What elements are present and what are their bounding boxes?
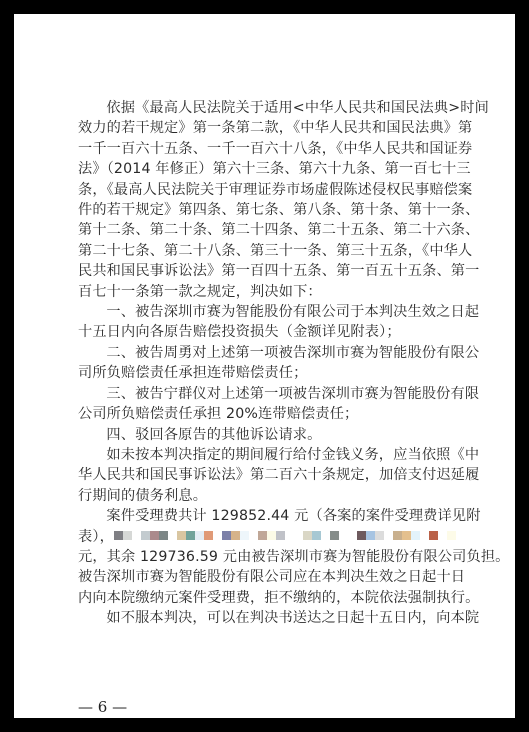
text-line: 华人民共和国民事诉讼法》第二百六十条规定，加倍支付迟延履 bbox=[78, 465, 456, 485]
redaction-mosaic-tile bbox=[411, 531, 420, 540]
text-line: 被告深圳市赛为智能股份有限公司应在本判决生效之日起十日 bbox=[78, 567, 456, 587]
text-line: 公司所负赔偿责任承担 20%连带赔偿责任； bbox=[78, 404, 456, 424]
text-line: 依据《最高人民法院关于适用<中华人民共和国民法典>时间 bbox=[78, 98, 456, 118]
text-line: 案件受理费共计 129852.44 元（各案的案件受理费详见附 bbox=[78, 506, 456, 526]
text-line: 行期间的债务利息。 bbox=[78, 486, 456, 506]
redaction-mosaic-tile bbox=[447, 531, 456, 540]
redaction-mosaic-tile bbox=[114, 531, 123, 540]
judgment-text: 依据《最高人民法院关于适用<中华人民共和国民法典>时间效力的若干规定》第一条第二… bbox=[78, 98, 456, 629]
text-line: 二、被告周勇对上述第一项被告深圳市赛为智能股份有限公 bbox=[78, 343, 456, 363]
text-line: 三、被告宁群仪对上述第一项被告深圳市赛为智能股份有限 bbox=[78, 384, 456, 404]
redaction-mosaic-tile bbox=[141, 531, 150, 540]
redaction-mosaic-tile bbox=[285, 531, 294, 540]
text-line: 法》（2014 年修正）第六十三条、第六十九条、第一百七十三 bbox=[78, 159, 456, 179]
redaction-mosaic-tile bbox=[357, 531, 366, 540]
redaction-mosaic-tile bbox=[330, 531, 339, 540]
document-page: 依据《最高人民法院关于适用<中华人民共和国民法典>时间效力的若干规定》第一条第二… bbox=[14, 14, 515, 718]
text-line: 条，《最高人民法院关于审理证券市场虚假陈述侵权民事赔偿案 bbox=[78, 180, 456, 200]
text-line: 如不服本判决，可以在判决书送达之日起十五日内，向本院 bbox=[78, 608, 456, 628]
redaction-mosaic-tile bbox=[276, 531, 285, 540]
redaction-mosaic-tile bbox=[213, 531, 222, 540]
redaction-mosaic-tile bbox=[240, 531, 249, 540]
redaction-mosaic-tile bbox=[195, 531, 204, 540]
redaction-mosaic-tile bbox=[177, 531, 186, 540]
redaction-mosaic-tile bbox=[249, 531, 258, 540]
redaction-mosaic-tile bbox=[150, 531, 159, 540]
redaction-mosaic-tile bbox=[132, 531, 141, 540]
redaction-mosaic-tile bbox=[429, 531, 438, 540]
redaction-mosaic-tile bbox=[393, 531, 402, 540]
text-line: 第十二条、第二十条、第二十四条、第二十五条、第二十六条、 bbox=[78, 220, 456, 240]
redaction-mosaic-tile bbox=[375, 531, 384, 540]
text-line: 十五日内向各原告赔偿投资损失（金额详见附表）； bbox=[78, 322, 456, 342]
text-line: 一、被告深圳市赛为智能股份有限公司于本判决生效之日起 bbox=[78, 302, 456, 322]
text-line: 如未按本判决指定的期间履行给付金钱义务，应当依照《中 bbox=[78, 445, 456, 465]
text-line: 一千一百六十五条、一千一百六十八条，《中华人民共和国证券 bbox=[78, 139, 456, 159]
text-line: 效力的若干规定》第一条第二款，《中华人民共和国民法典》第 bbox=[78, 118, 456, 138]
redaction-mosaic-tile bbox=[231, 531, 240, 540]
redacted-line-prefix: 表）， bbox=[78, 529, 114, 545]
text-line: 件的若干规定》第四条、第七条、第八条、第十条、第十一条、 bbox=[78, 200, 456, 220]
redaction-mosaic-tile bbox=[384, 531, 393, 540]
redaction-mosaic-tile bbox=[204, 531, 213, 540]
redaction-mosaic-tile bbox=[123, 531, 132, 540]
text-line: 百七十一条第一款之规定，判决如下： bbox=[78, 282, 456, 302]
redaction-mosaic-tile bbox=[348, 531, 357, 540]
text-line: 第二十七条、第二十八条、第三十一条、第三十五条，《中华人 bbox=[78, 241, 456, 261]
redacted-line: 表）， bbox=[78, 527, 456, 547]
redaction-mosaic-tile bbox=[267, 531, 276, 540]
text-line: 内向本院缴纳元案件受理费，拒不缴纳的，本院依法强制执行。 bbox=[78, 588, 456, 608]
redaction-mosaic-tile bbox=[159, 531, 168, 540]
redaction-mosaic-tile bbox=[294, 531, 303, 540]
page-number: — 6 — bbox=[78, 698, 127, 716]
text-line: 司所负赔偿责任承担连带赔偿责任； bbox=[78, 363, 456, 383]
text-line: 民共和国民事诉讼法》第一百四十五条、第一百五十五条、第一 bbox=[78, 261, 456, 281]
redaction-mosaic-tile bbox=[402, 531, 411, 540]
redaction-mosaic-tile bbox=[168, 531, 177, 540]
text-line: 元，其余 129736.59 元由被告深圳市赛为智能股份有限公司负担。 bbox=[78, 547, 456, 567]
redaction-mosaic-tile bbox=[438, 531, 447, 540]
redaction-mosaic-tile bbox=[420, 531, 429, 540]
redaction-mosaic-tile bbox=[321, 531, 330, 540]
redaction-mosaic-tile bbox=[258, 531, 267, 540]
redaction-mosaic-tile bbox=[222, 531, 231, 540]
redaction-mosaic-tile bbox=[303, 531, 312, 540]
redaction-mosaic-tile bbox=[312, 531, 321, 540]
redaction-mosaic-tile bbox=[186, 531, 195, 540]
text-line: 四、驳回各原告的其他诉讼请求。 bbox=[78, 425, 456, 445]
redaction-mosaic-tile bbox=[339, 531, 348, 540]
redaction-mosaic-tile bbox=[366, 531, 375, 540]
